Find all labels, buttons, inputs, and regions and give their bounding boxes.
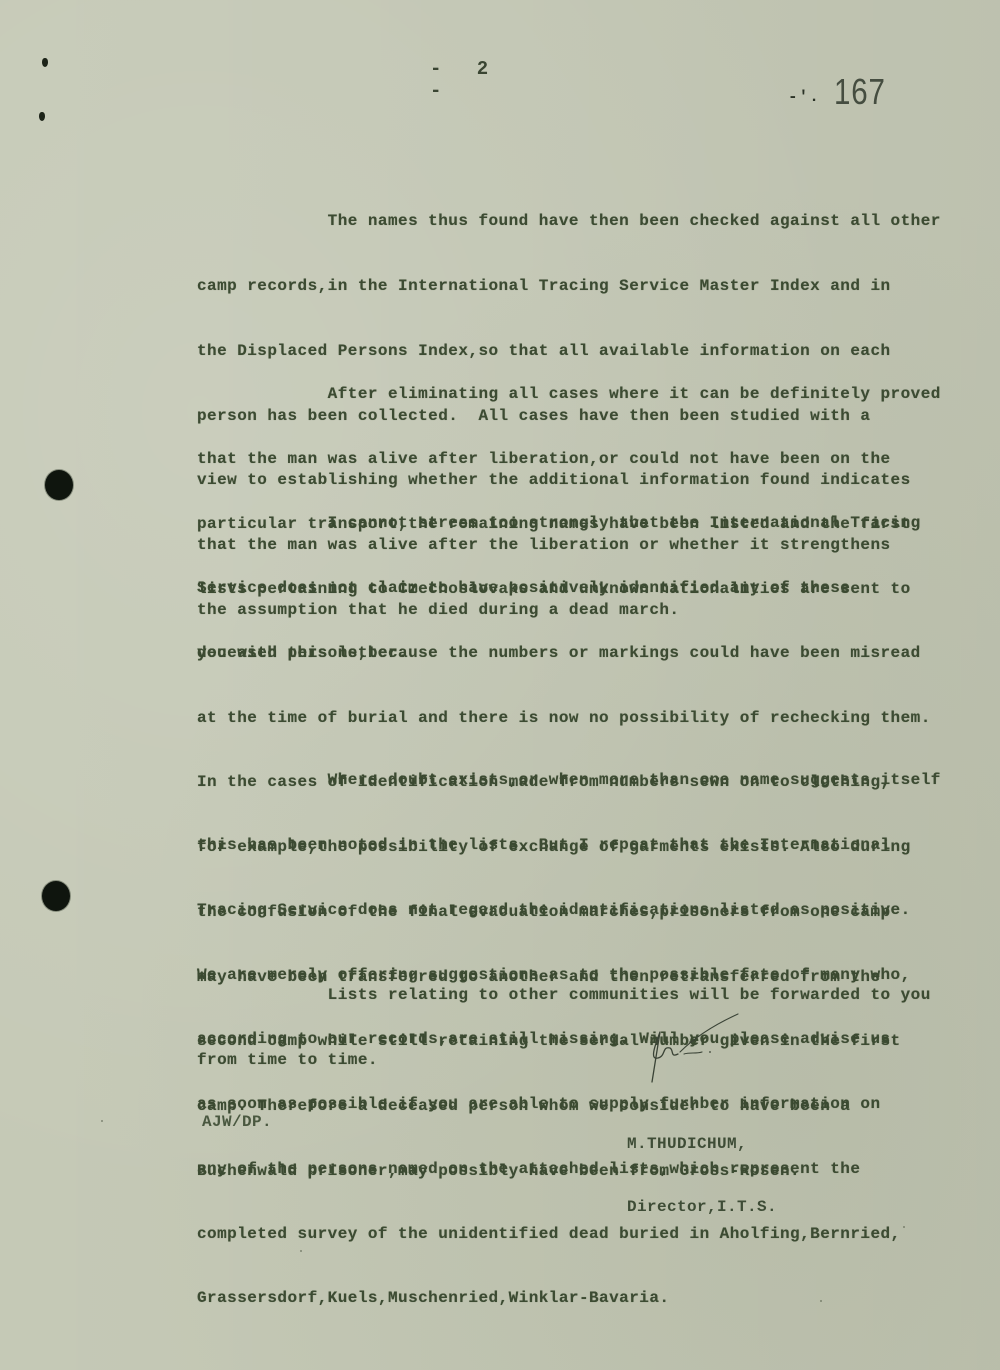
signatory-title: Director,I.T.S. <box>627 1197 777 1218</box>
punch-hole-bottom <box>42 881 70 911</box>
text-line: Lists relating to other communities will… <box>197 985 957 1007</box>
folio-stamp: -'. 167 <box>788 74 897 110</box>
signatory-name: M.THUDICHUM, <box>627 1134 777 1155</box>
text-line: Grassersdorf,Kuels,Muschenried,Winklar-B… <box>197 1288 957 1310</box>
punch-hole-top <box>45 470 73 500</box>
text-line: any of the persons named on the attached… <box>197 1159 957 1181</box>
text-line: completed survey of the unidentified dea… <box>197 1224 957 1246</box>
paper-speck <box>512 990 514 992</box>
text-line: this has been noted in the lists. But I … <box>197 835 957 857</box>
paragraph-5: Lists relating to other communities will… <box>197 942 957 1115</box>
paper-speck <box>300 1250 302 1252</box>
page-number: - 2 - <box>430 58 530 102</box>
margin-mark-bottom <box>39 112 45 121</box>
folio-number: 167 <box>834 74 886 110</box>
margin-mark-top <box>42 58 48 67</box>
folio-mark: -'. <box>788 88 820 106</box>
paper-speck <box>101 1120 103 1122</box>
text-line: from time to time. <box>197 1050 957 1072</box>
text-line: Where doubt exists,or when more than one… <box>197 770 957 792</box>
text-line: deceased persons,because the numbers or … <box>197 643 957 665</box>
text-line: Tracing Service does not regard the iden… <box>197 900 957 922</box>
document-page: - 2 - -'. 167 The names thus found have … <box>0 0 1000 1370</box>
reference-initials: AJW/DP. <box>202 1113 272 1131</box>
text-line: Service does not claim to have positivel… <box>197 578 957 600</box>
text-line: camp records,in the International Tracin… <box>197 276 957 298</box>
text-line: that the man was alive after liberation,… <box>197 449 957 471</box>
paper-speck <box>820 1300 822 1302</box>
text-line: After eliminating all cases where it can… <box>197 384 957 406</box>
text-line: at the time of burial and there is now n… <box>197 708 957 730</box>
handwritten-signature <box>640 1008 750 1088</box>
text-line: I cannot stress too strongly that the In… <box>197 513 957 535</box>
text-line: The names thus found have then been chec… <box>197 211 957 233</box>
signatory-block: M.THUDICHUM, Director,I.T.S. <box>627 1092 777 1260</box>
paper-speck <box>903 1226 905 1228</box>
